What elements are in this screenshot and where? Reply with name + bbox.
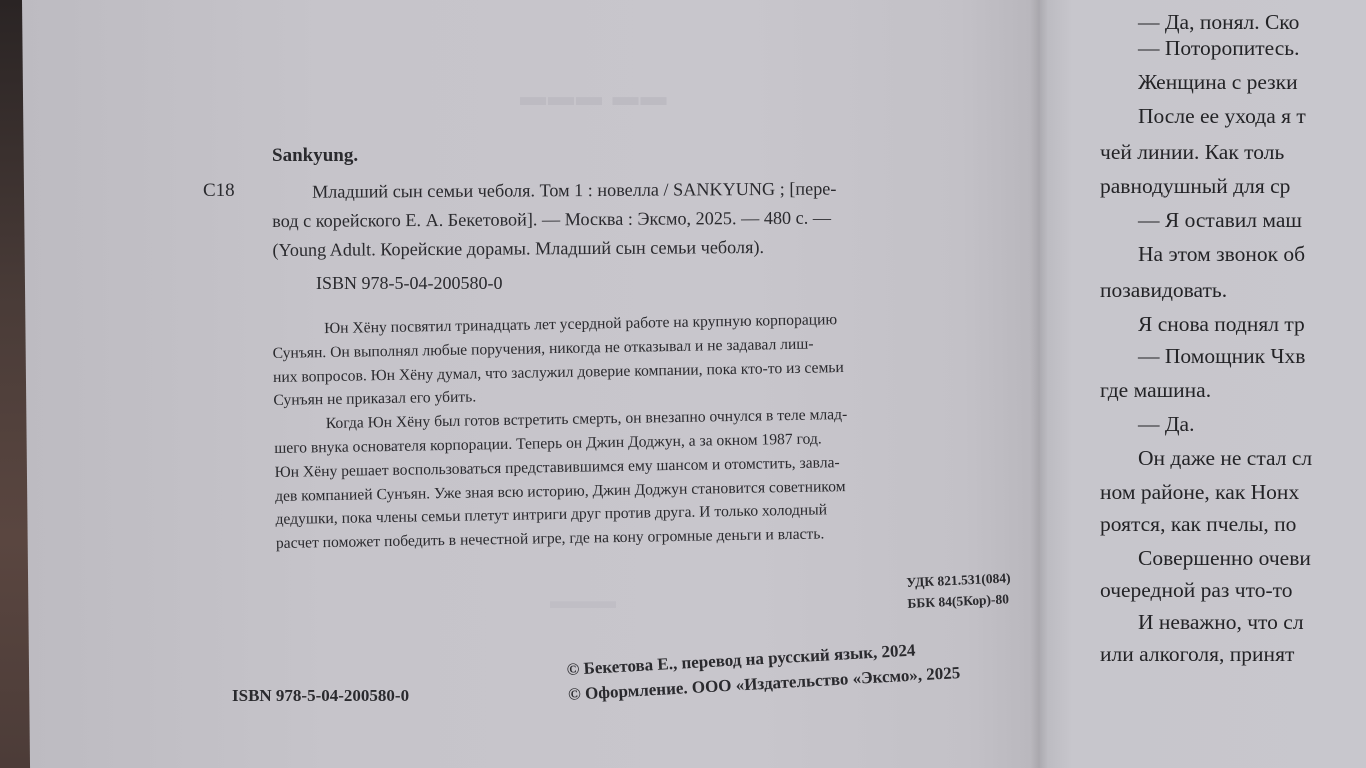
isbn: ISBN 978-5-04-200580-0 bbox=[316, 273, 503, 294]
text-line: После ее ухода я т bbox=[1138, 104, 1306, 129]
text-line: Женщина с резки bbox=[1138, 70, 1298, 95]
udk-bbk-codes: УДК 821.531(084) ББК 84(5Кор)-80 bbox=[906, 567, 1012, 614]
text-line: роятся, как пчелы, по bbox=[1100, 512, 1296, 537]
classification-code: С18 bbox=[203, 180, 235, 202]
text-line: очередной раз что-то bbox=[1100, 578, 1293, 603]
biblio-line: (Young Adult. Корейские дорамы. Младший … bbox=[272, 233, 836, 265]
annotation: Юн Хёну посвятил тринадцать лет усердной… bbox=[272, 308, 850, 556]
text-line: Я снова поднял тр bbox=[1138, 312, 1305, 337]
text-line: ном районе, как Нонх bbox=[1100, 480, 1299, 505]
text-line: — Да. bbox=[1138, 412, 1194, 437]
text-line: На этом звонок об bbox=[1138, 242, 1305, 267]
book-gutter bbox=[1030, 0, 1048, 768]
text-line: где машина. bbox=[1100, 378, 1211, 403]
biblio-line: вод с корейского Е. А. Бекетовой]. — Мос… bbox=[272, 204, 836, 236]
show-through-text: ▬▬▬ bbox=[550, 588, 616, 614]
text-line: чей линии. Как толь bbox=[1100, 140, 1284, 165]
text-line: или алкоголя, принят bbox=[1100, 642, 1294, 667]
text-line: равнодушный для ср bbox=[1100, 174, 1290, 199]
text-line: — Да, понял. Ско bbox=[1138, 10, 1299, 35]
biblio-line: Младший сын семьи чеболя. Том 1 : новелл… bbox=[272, 175, 836, 207]
text-line: — Поторопитесь. bbox=[1138, 36, 1299, 61]
text-line: Совершенно очеви bbox=[1138, 546, 1311, 571]
text-line: позавидовать. bbox=[1100, 278, 1227, 303]
text-line: Он даже не стал сл bbox=[1138, 446, 1312, 471]
text-line: — Я оставил маш bbox=[1138, 208, 1302, 233]
text-line: И неважно, что сл bbox=[1138, 610, 1304, 635]
isbn-bottom: ISBN 978-5-04-200580-0 bbox=[232, 686, 409, 706]
text-line: — Помощник Чхв bbox=[1138, 344, 1305, 369]
bibliographic-record: Младший сын семьи чеболя. Том 1 : новелл… bbox=[272, 175, 837, 265]
show-through-text: ▬▬▬ ▬▬ bbox=[520, 82, 669, 112]
right-book-page: — Да, понял. Ско — Поторопитесь. Женщина… bbox=[1040, 0, 1366, 768]
author-name: Sankyung. bbox=[272, 145, 358, 167]
